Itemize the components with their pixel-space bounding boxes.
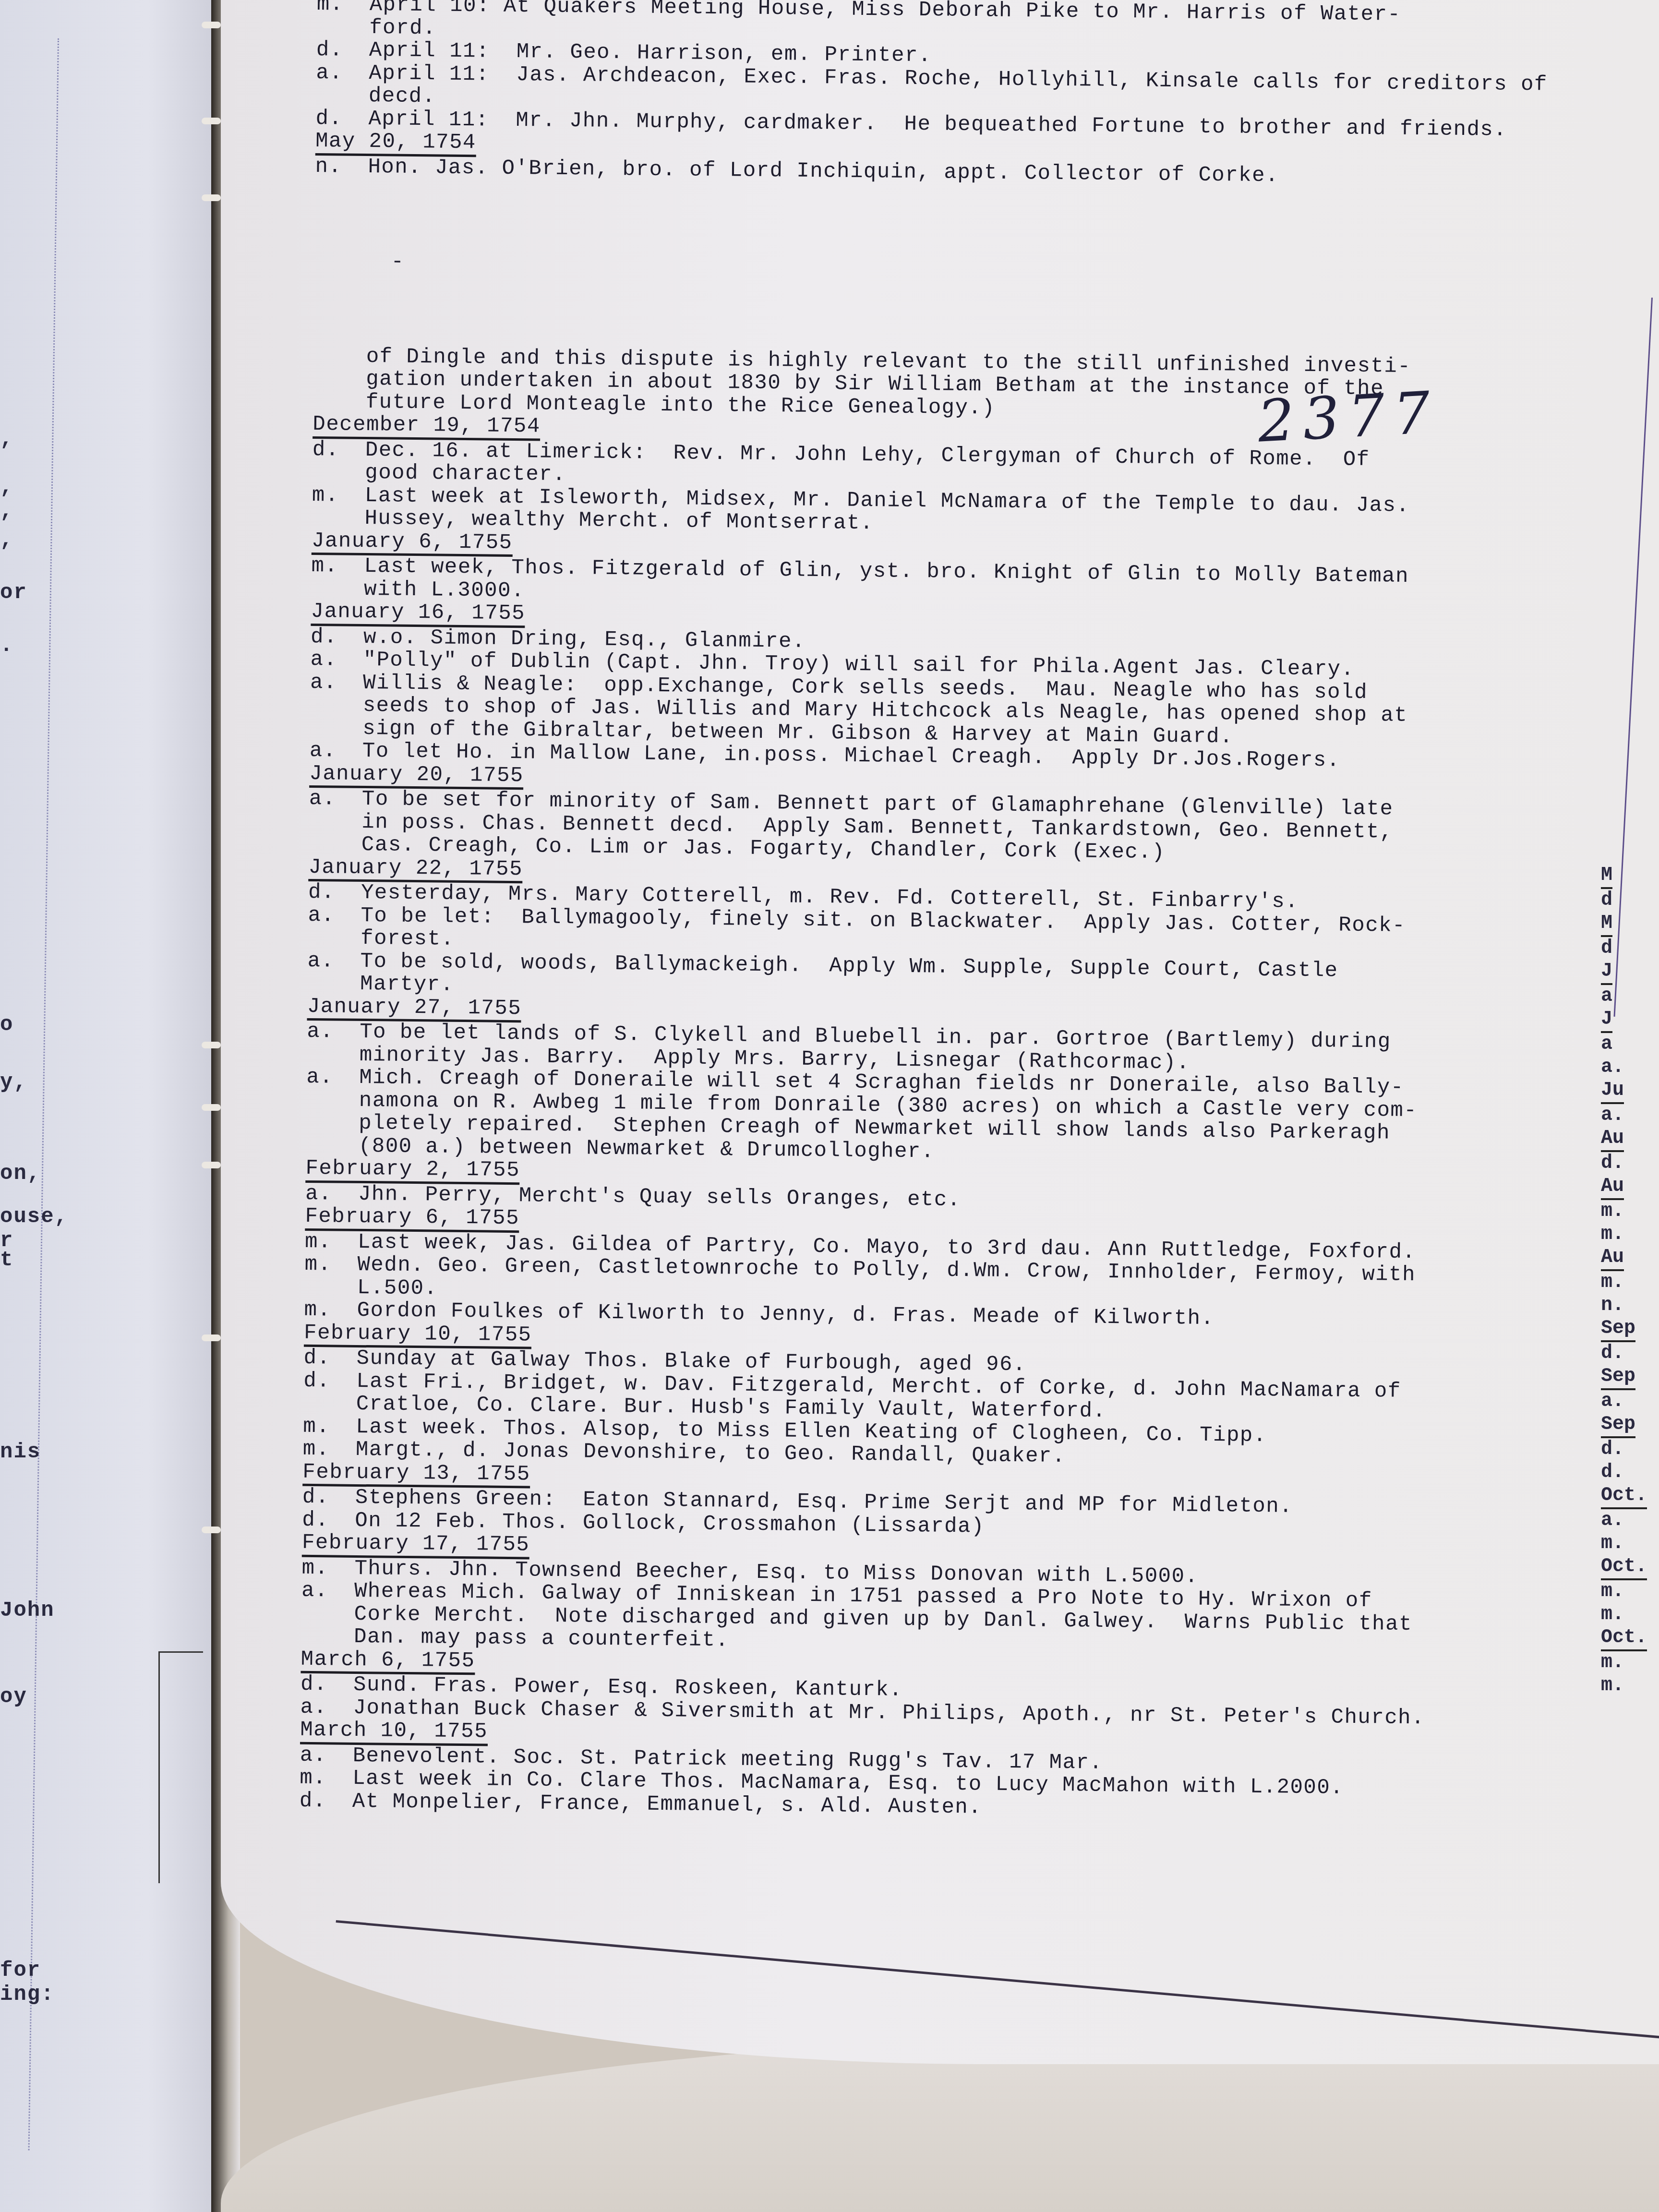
right-page-fragment: d <box>1601 889 1659 912</box>
section-date: January 27, 1755 <box>307 995 521 1022</box>
entry-type-code: a. <box>300 1744 353 1767</box>
right-page-fragment: M <box>1601 864 1659 889</box>
entry-type-code: m. <box>305 1230 358 1254</box>
binding-stitch <box>202 22 221 28</box>
entry-type-code: a. <box>307 950 361 996</box>
margin-dotted-line <box>28 38 59 2151</box>
section-date: January 6, 1755 <box>312 529 513 557</box>
entry-type-code <box>316 16 369 39</box>
right-page-fragment: a. <box>1601 1056 1659 1079</box>
right-page-fragment: m. <box>1601 1532 1659 1555</box>
entry-type-code: a. <box>300 1696 353 1719</box>
right-page-fragment: a. <box>1601 1509 1659 1532</box>
left-page-fragment: y, <box>0 1070 27 1094</box>
binding-stitch <box>202 1162 221 1168</box>
left-page-fragment: , <box>0 528 13 552</box>
entry-type-code: m. <box>311 555 364 601</box>
entry-type-code: a. <box>306 1066 360 1158</box>
right-page-fragment: Oct. <box>1601 1484 1659 1509</box>
entry-type-code: m. <box>301 1557 354 1580</box>
entry-type-code: m. <box>317 0 370 17</box>
right-page-fragment: m. <box>1601 1271 1659 1294</box>
handwritten-page-number: 2377 <box>1256 379 1441 456</box>
left-page-fragment: ing: <box>0 1983 55 2007</box>
right-page-fragment: m. <box>1601 1674 1659 1697</box>
entry-type-code: d. <box>301 1673 353 1697</box>
page-gap <box>313 273 1610 357</box>
right-page-fragment: m. <box>1601 1200 1659 1223</box>
left-facing-page: ,,,,or.oy,on,ouse,rtnisJohnoyforing: <box>0 0 216 2212</box>
left-page-fragment: ouse, <box>0 1205 68 1229</box>
section-date: February 13, 1755 <box>302 1461 530 1488</box>
entry-type-code: d. <box>302 1486 355 1510</box>
right-page-fragment: d. <box>1601 1152 1659 1175</box>
right-page-fragment: d. <box>1601 1438 1659 1461</box>
right-page-fragment: Oct. <box>1601 1555 1659 1580</box>
right-page-fragment: d. <box>1601 1461 1659 1484</box>
left-page-fragment: or <box>0 581 27 605</box>
entry-type-code: m. <box>300 1767 352 1791</box>
entry-type-code: d. <box>308 881 361 905</box>
entry-type-code: a. <box>310 740 362 763</box>
section-date: May 20, 1754 <box>315 130 476 157</box>
right-page-fragment: Sep <box>1601 1365 1659 1390</box>
section-date: December 19, 1754 <box>313 413 541 441</box>
section-date: March 10, 1755 <box>300 1719 488 1746</box>
entry-type-code: a. <box>305 1182 358 1206</box>
entry: a.Willis & Neagle: opp.Exchange, Cork se… <box>310 671 1606 752</box>
entry-type-code: n. <box>315 155 368 179</box>
right-page-fragment: m. <box>1601 1603 1659 1626</box>
entry-type-code: a. <box>310 649 363 672</box>
binding-stitch <box>202 1104 221 1111</box>
section-date: January 20, 1755 <box>309 762 524 790</box>
right-page-fragment: Au <box>1601 1175 1659 1200</box>
section-date: March 6, 1755 <box>301 1648 475 1675</box>
entry-text: Mich. Creagh of Doneraile will set 4 Scr… <box>359 1067 1579 1169</box>
typewritten-text-column: m.April 10: At Quakers Meeting House, Mi… <box>300 0 1613 1825</box>
entry-text: Willis & Neagle: opp.Exchange, Cork sell… <box>362 672 1582 752</box>
right-page-fragment: a <box>1601 985 1659 1008</box>
left-page-fragment: nis <box>0 1440 41 1464</box>
right-page-fragment: d. <box>1601 1342 1659 1365</box>
section-date: February 6, 1755 <box>305 1205 519 1233</box>
left-page-fragment: for <box>0 1959 41 1983</box>
binding-stitch <box>202 194 221 201</box>
left-page-fragment: , <box>0 475 13 499</box>
entry-type-code: d. <box>311 625 363 649</box>
entry-type-code: m. <box>312 484 365 530</box>
right-page-fragment: n. <box>1601 1294 1659 1317</box>
right-page-fragment: Au <box>1601 1246 1659 1271</box>
right-page-fragment: Sep <box>1601 1413 1659 1438</box>
entry-type-code: m. <box>304 1253 358 1299</box>
section-date: February 17, 1755 <box>302 1532 530 1559</box>
page-gap <box>314 178 1611 263</box>
entry-type-code: a. <box>308 904 361 950</box>
entry-type-code: d. <box>312 438 365 484</box>
entry-type-code: a. <box>307 1021 360 1067</box>
pencil-bracket-mark <box>158 1651 203 1883</box>
entry: a.Whereas Mich. Galway of Inniskean in 1… <box>301 1580 1598 1660</box>
right-page-fragment: M <box>1601 912 1659 937</box>
right-page-fragment: Ju <box>1601 1079 1659 1104</box>
page-bottom-fold <box>221 2040 1659 2212</box>
right-page-text-fragments: MdMdJaJaa.Jua.Aud.Aum.m.Aum.n.Sepd.Sepa.… <box>1601 864 1659 1697</box>
left-page-fragment: oy <box>0 1685 27 1709</box>
entry-text: To be set for minority of Sam. Bennett p… <box>361 788 1581 868</box>
right-page-fragment: Oct. <box>1601 1626 1659 1651</box>
left-page-fragment: . <box>0 634 13 658</box>
entry-type-code: a. <box>310 671 363 740</box>
binding-stitch <box>202 1527 221 1533</box>
entry-type-code: d. <box>300 1790 352 1813</box>
right-page-fragment: d <box>1601 937 1659 960</box>
right-page-fragment: a <box>1601 1033 1659 1056</box>
entry-type-code: m. <box>304 1299 357 1322</box>
left-page-fragment: t <box>0 1248 13 1272</box>
left-page-fragment: , <box>0 427 13 451</box>
entry-type-code: d. <box>316 39 369 62</box>
entry-type-code: a. <box>309 788 362 857</box>
right-page-fragment: Sep <box>1601 1317 1659 1342</box>
entry-type-code: m. <box>303 1438 356 1462</box>
entry: a.Mich. Creagh of Doneraile will set 4 S… <box>306 1066 1603 1170</box>
entry-type-code: d. <box>303 1347 356 1370</box>
section-date: February 2, 1755 <box>305 1157 520 1185</box>
right-page-fragment: J <box>1601 1008 1659 1033</box>
entry-text: Whereas Mich. Galway of Inniskean in 175… <box>354 1580 1574 1660</box>
section-date: January 16, 1755 <box>311 601 525 628</box>
entry-type-code: m. <box>303 1415 356 1439</box>
right-page-fragment: a. <box>1601 1104 1659 1127</box>
entry-type-code: a. <box>301 1580 354 1649</box>
left-page-fragment: John <box>0 1599 55 1623</box>
section-date: January 22, 1755 <box>308 856 523 883</box>
entry: a.To be set for minority of Sam. Bennett… <box>309 788 1605 868</box>
right-page-fragment: m. <box>1601 1651 1659 1674</box>
right-page-fragment: m. <box>1601 1223 1659 1246</box>
binding-stitch <box>202 118 221 124</box>
entry-type-code: d. <box>315 107 368 131</box>
right-page-fragment: J <box>1601 960 1659 985</box>
binding-stitch <box>202 1042 221 1048</box>
left-page-fragment: , <box>0 499 13 523</box>
right-page-fragment: m. <box>1601 1580 1659 1603</box>
right-page-fragment: a. <box>1601 1390 1659 1413</box>
entry-type-code: d. <box>303 1370 357 1416</box>
binding-stitch <box>202 1334 221 1341</box>
section-date: February 10, 1755 <box>304 1322 532 1349</box>
left-page-fragment: o <box>0 1013 13 1037</box>
entry-type-code: d. <box>302 1509 355 1532</box>
indent <box>313 345 366 414</box>
entry-type-code: a. <box>316 61 369 108</box>
right-page-fragment: Au <box>1601 1127 1659 1152</box>
left-page-fragment: on, <box>0 1162 41 1186</box>
